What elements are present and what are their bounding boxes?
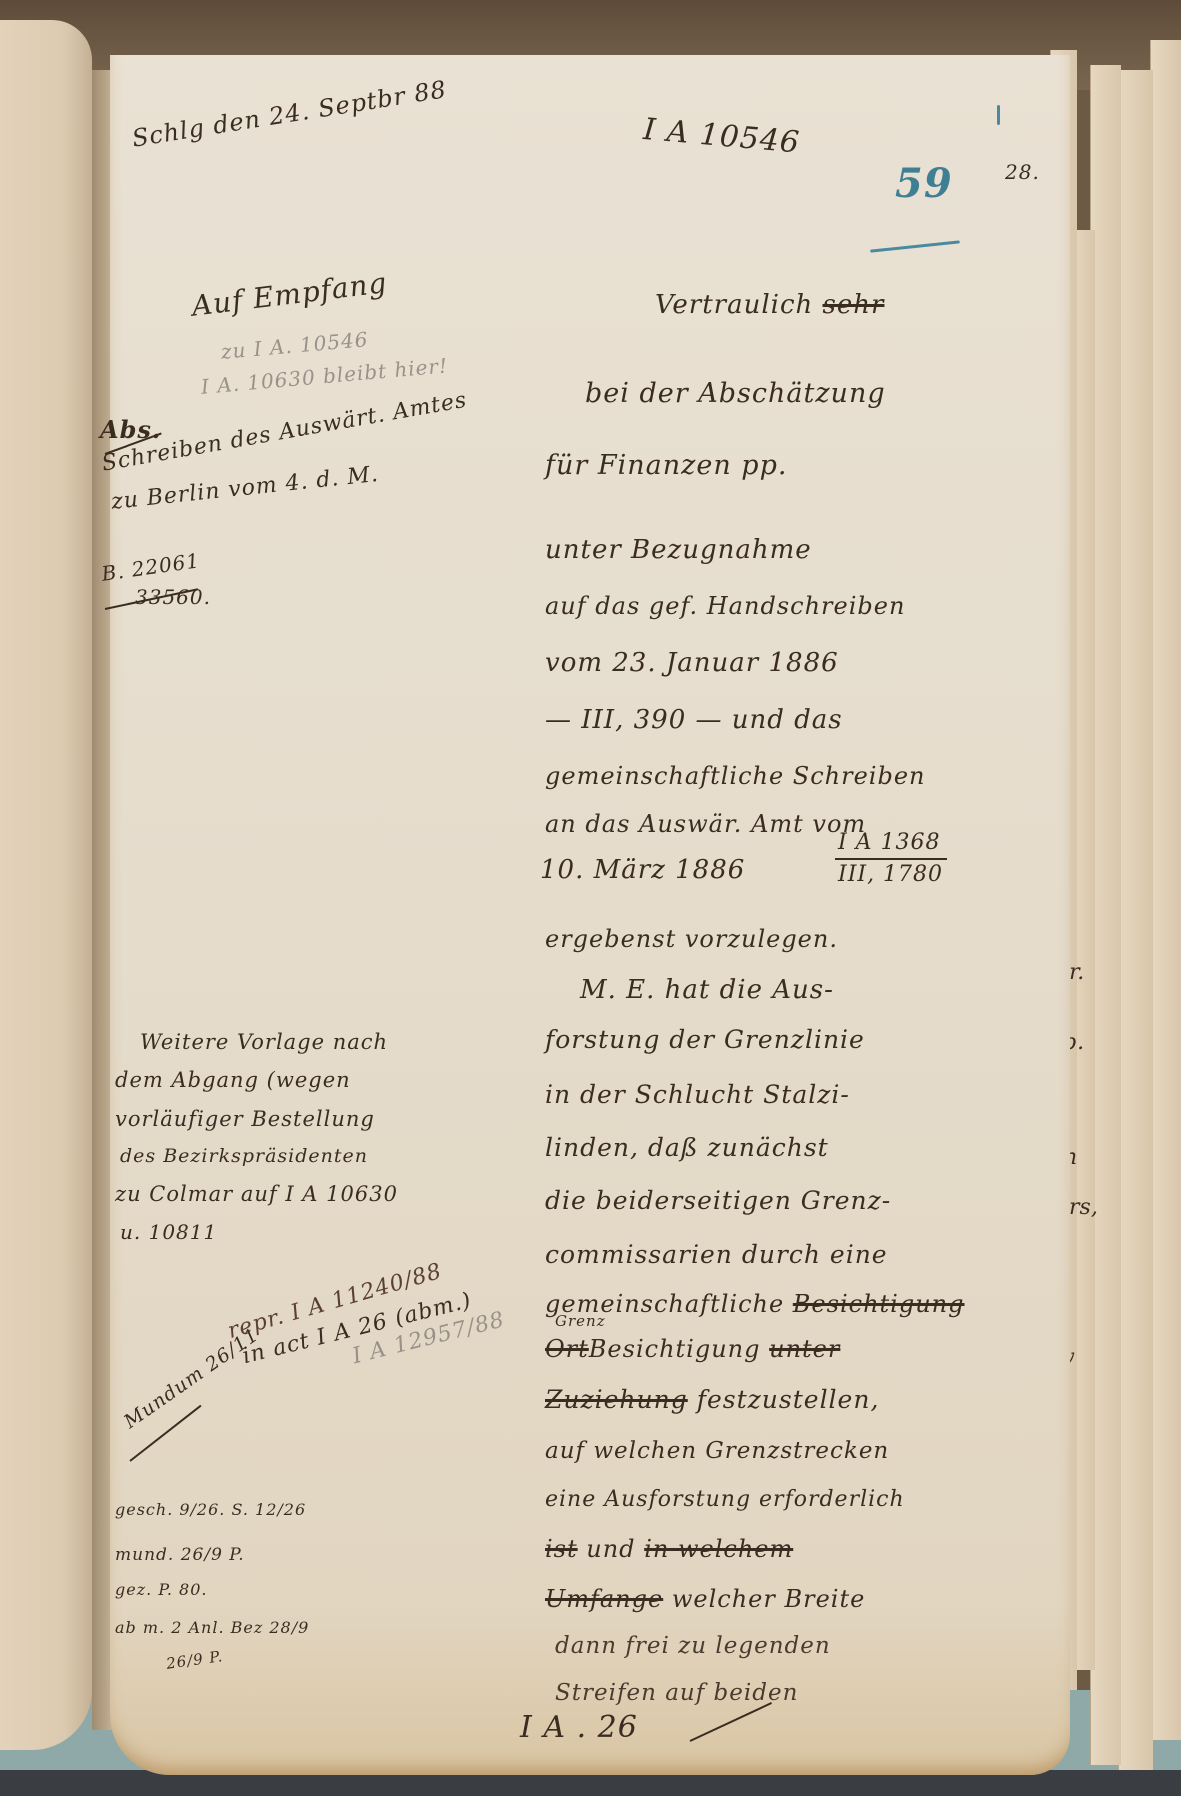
body-line: linden, daß zunächst xyxy=(545,1133,829,1162)
blue-tick-mark xyxy=(997,105,1000,125)
body-line: — III, 390 — und das xyxy=(545,705,843,735)
body-line: gemeinschaftliche Besichtigung xyxy=(545,1290,965,1318)
body-line: Umfange welcher Breite xyxy=(545,1585,865,1613)
page-edge-stack xyxy=(1118,70,1153,1770)
body-line: auf welchen Grenzstrecken xyxy=(545,1438,889,1464)
body-line: ergebenst vorzulegen. xyxy=(545,925,838,953)
body-line: an das Auswär. Amt vom xyxy=(545,810,866,838)
body-line: Streifen auf beiden xyxy=(555,1680,798,1706)
reference-fraction-bottom: III, 1780 xyxy=(838,862,943,887)
corner-mark: 28. xyxy=(1005,160,1040,184)
body-line: Zuziehung festzustellen, xyxy=(545,1385,879,1414)
body-line: die beiderseitigen Grenz- xyxy=(545,1186,891,1215)
body-line: bei der Abschätzung xyxy=(585,378,886,409)
inserted-word: Grenz xyxy=(555,1312,606,1330)
abs-label: Abs. xyxy=(100,415,161,444)
reference-fraction-bottom: 33560. xyxy=(135,585,211,609)
body-line: für Finanzen pp. xyxy=(545,450,787,481)
body-line: eine Ausforstung erforderlich xyxy=(545,1487,905,1512)
left-facing-page xyxy=(0,20,92,1750)
body-line: gemeinschaftliche Schreiben xyxy=(545,762,926,790)
body-line: 10. März 1886 xyxy=(540,855,745,885)
body-line: M. E. hat die Aus- xyxy=(580,975,834,1005)
body-line: unter Bezugnahme xyxy=(545,535,812,565)
body-line: vom 23. Januar 1886 xyxy=(545,648,839,678)
fraction-bar xyxy=(835,858,947,860)
body-line: auf das gef. Handschreiben xyxy=(545,592,905,620)
body-line: commissarien durch eine xyxy=(545,1240,888,1269)
page-edge-stack xyxy=(1150,40,1181,1740)
body-line: dann frei zu legenden xyxy=(555,1633,831,1659)
body-line: in der Schlucht Stalzi- xyxy=(545,1080,850,1109)
folio-number: 59 xyxy=(895,160,953,207)
body-line: Vertraulich sehr xyxy=(655,290,884,320)
file-reference: I A . 26 xyxy=(520,1710,638,1745)
reference-fraction-top: I A 1368 xyxy=(838,830,941,855)
body-line: forstung der Grenzlinie xyxy=(545,1025,865,1054)
body-line: ist und in welchem xyxy=(545,1535,793,1563)
body-line: OrtBesichtigung unter xyxy=(545,1335,840,1363)
